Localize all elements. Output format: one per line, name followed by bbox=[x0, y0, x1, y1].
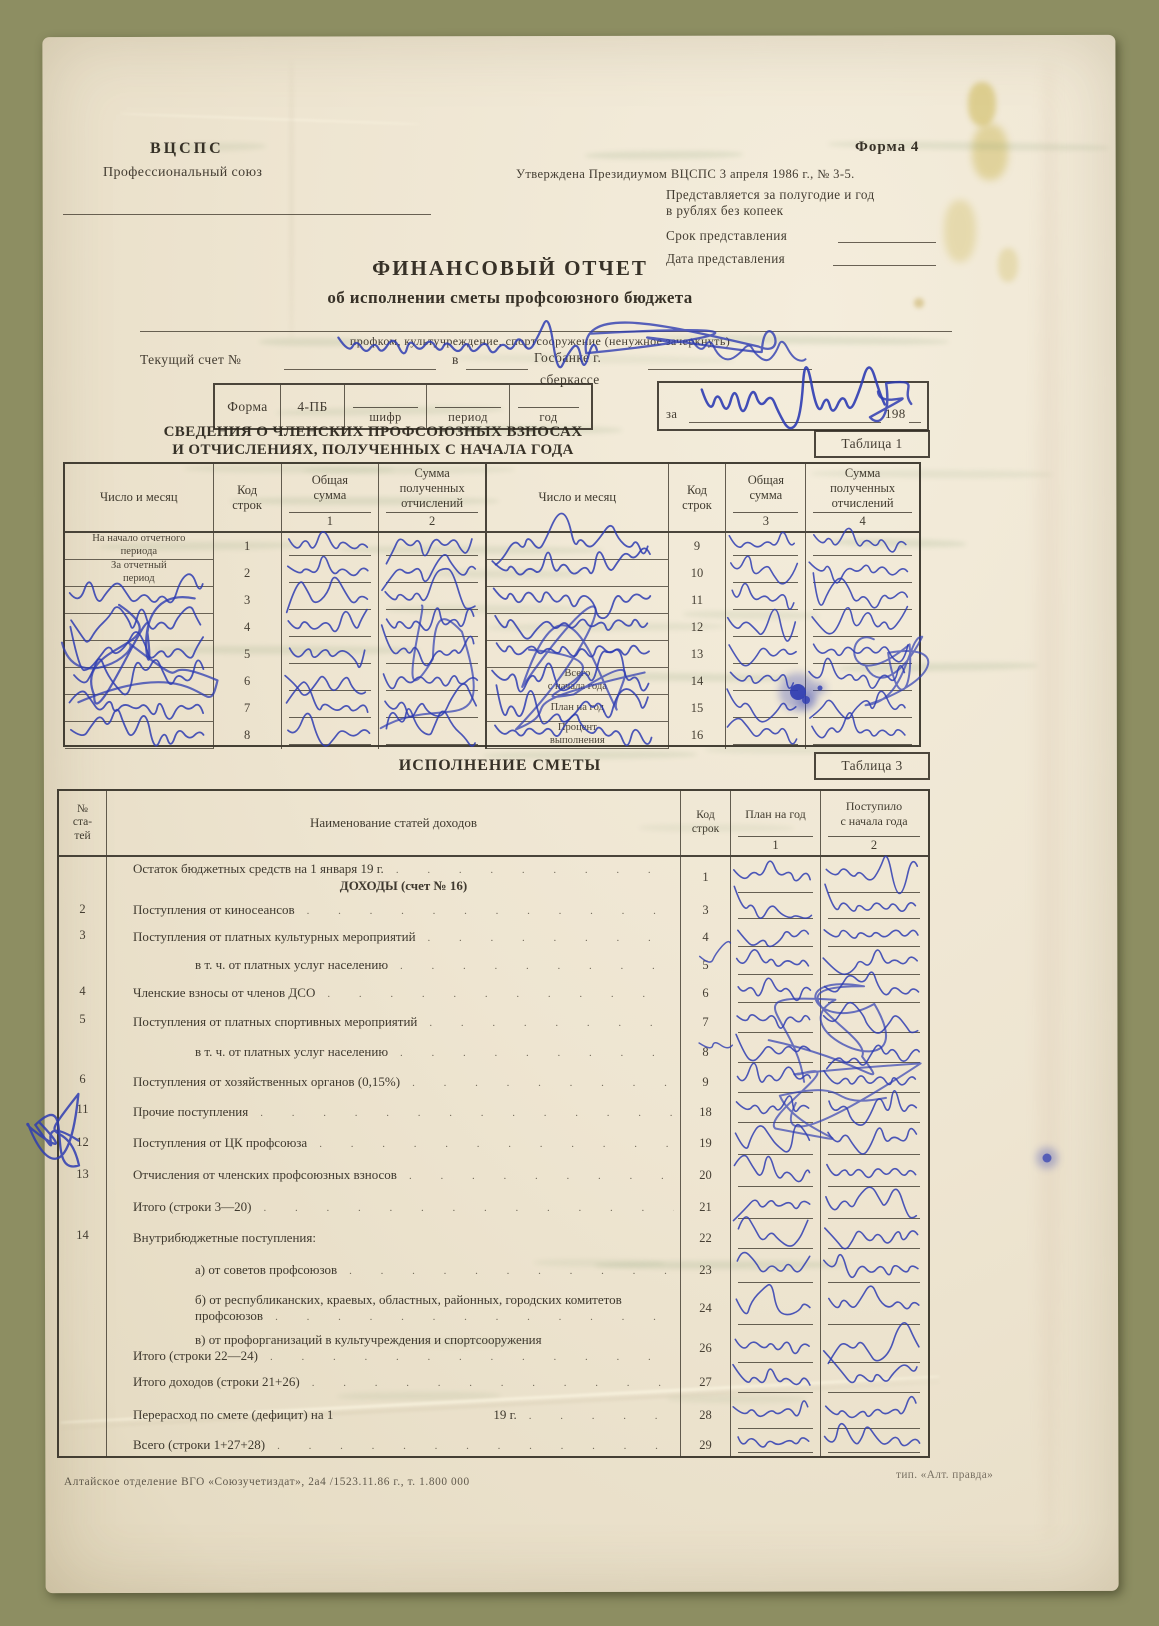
table3-article-name: Перерасход по смете (дефицит) на 119 г..… bbox=[107, 1397, 681, 1433]
crossout-note: профком, культучреждение, спортсооружени… bbox=[240, 334, 840, 349]
table3-article-line: Всего (строки 1+27+28). . . . . . . . . … bbox=[133, 1437, 674, 1454]
table1-row-code: 6 bbox=[214, 668, 282, 695]
document-subtitle: об исполнении сметы профсоюзного бюджета bbox=[260, 288, 760, 308]
table3-plan-cell bbox=[731, 1159, 821, 1191]
table1-period-label bbox=[487, 533, 669, 560]
table1-total-cell bbox=[726, 587, 806, 614]
table3-row-code: 23 bbox=[681, 1253, 731, 1287]
table1-row-code: 11 bbox=[669, 587, 727, 614]
table3-article-line: Поступления от хозяйственных органов (0,… bbox=[133, 1074, 674, 1091]
table3-article-line: Итого (строки 22—24). . . . . . . . . . … bbox=[133, 1348, 674, 1365]
table3-article-text: Поступления от хозяйственных органов (0,… bbox=[133, 1074, 400, 1090]
table3-header-row: № ста- тейНаименование статей доходовКод… bbox=[59, 791, 928, 857]
table3-article-name: а) от советов профсоюзов. . . . . . . . … bbox=[107, 1253, 681, 1287]
dotted-leader: . . . . . . . . . . . . . . . . . . . . … bbox=[428, 932, 674, 946]
table3-article-line: Отчисления от членских профсоюзных взнос… bbox=[133, 1167, 674, 1184]
table1-col-header: Сумма полученных отчислений4 bbox=[806, 464, 919, 531]
account-label: Текущий счет № bbox=[140, 352, 241, 368]
table3-article-text: Итого (строки 22—24) bbox=[133, 1348, 258, 1364]
form-code-field-god: год bbox=[510, 385, 587, 428]
table3-row-code: 18 bbox=[681, 1097, 731, 1127]
deadline-blank bbox=[838, 242, 936, 243]
table3-plan-cell bbox=[731, 1007, 821, 1037]
table3-article-number bbox=[59, 1329, 107, 1367]
table3-article-text: Перерасход по смете (дефицит) на 1 bbox=[133, 1407, 333, 1423]
table1-received-cell bbox=[379, 587, 487, 614]
table1-total-cell bbox=[282, 722, 380, 749]
document-title: ФИНАНСОВЫЙ ОТЧЕТ bbox=[310, 256, 710, 281]
form-number: Форма 4 bbox=[855, 139, 919, 156]
table1-caption-line2: И ОТЧИСЛЕНИЯХ, ПОЛУЧЕННЫХ С НАЧАЛА ГОДА bbox=[63, 442, 683, 459]
table1-received-cell bbox=[806, 668, 919, 695]
table1-col-header: Сумма полученных отчислений2 bbox=[379, 464, 487, 531]
dotted-leader: . . . . . . . . . . . . . . . . . . . . … bbox=[429, 1017, 674, 1031]
dotted-leader: . . . . . . . . . . . . . . . . . . . . … bbox=[409, 1170, 674, 1184]
table3-article-line: Членские взносы от членов ДСО. . . . . .… bbox=[133, 985, 674, 1002]
table3-article-text: Поступления от киносеансов bbox=[133, 902, 295, 918]
table1-period-label: На начало отчетного периода bbox=[65, 533, 214, 560]
org-subtitle: Профессиональный союз bbox=[103, 165, 262, 181]
table3-article-name: Поступления от ЦК профсоюза. . . . . . .… bbox=[107, 1127, 681, 1159]
table3-row: Перерасход по смете (дефицит) на 119 г..… bbox=[59, 1397, 928, 1433]
table3-row-code: 3 bbox=[681, 897, 731, 923]
table3-article-number bbox=[59, 1253, 107, 1287]
dotted-leader: . . . . . . . . . . . . . . . . . . . . … bbox=[412, 1077, 674, 1091]
table1-received-cell bbox=[379, 641, 487, 668]
table3-article-number: 3 bbox=[59, 923, 107, 951]
table3-article-line: Итого (строки 3—20). . . . . . . . . . .… bbox=[133, 1199, 674, 1216]
table1-total-cell bbox=[282, 560, 380, 587]
table1-period-label: За отчетный период bbox=[65, 560, 214, 587]
table3-article-number bbox=[59, 951, 107, 979]
table1-received-cell bbox=[379, 560, 487, 587]
table3-plan-cell bbox=[731, 951, 821, 979]
table3-row-code: 8 bbox=[681, 1037, 731, 1067]
table3-article-name: в т. ч. от платных услуг населению. . . … bbox=[107, 1037, 681, 1067]
table1-col-number: 3 bbox=[733, 512, 798, 531]
table3-row: 2Поступления от киносеансов. . . . . . .… bbox=[59, 897, 928, 923]
table3-article-number: 11 bbox=[59, 1097, 107, 1127]
table1-col-header-label: Число и месяц bbox=[100, 464, 178, 531]
table3-article-number: 6 bbox=[59, 1067, 107, 1097]
table3-row-code: 29 bbox=[681, 1433, 731, 1457]
table1-col-header: Код строк bbox=[214, 464, 282, 531]
table1-row-code: 7 bbox=[214, 695, 282, 722]
table3-received-cell bbox=[821, 1433, 927, 1457]
dotted-leader: . . . . . . . . . . . . . . . . . . . . … bbox=[260, 1107, 674, 1121]
deadline-label: Срок представления bbox=[666, 228, 787, 244]
table1: Число и месяцКод строкОбщая сумма1Сумма … bbox=[63, 462, 921, 747]
table1-received-cell bbox=[379, 614, 487, 641]
table3-article-name: Поступления от платных спортивных меропр… bbox=[107, 1007, 681, 1037]
table3-received-cell bbox=[821, 1097, 927, 1127]
table1-header-row: Число и месяцКод строкОбщая сумма1Сумма … bbox=[65, 464, 919, 533]
table3-plan-cell bbox=[731, 1067, 821, 1097]
table1-tag: Таблица 1 bbox=[814, 430, 930, 458]
table3-article-text: в) от профорганизаций в культучреждения … bbox=[195, 1332, 542, 1348]
table3-row: Остаток бюджетных средств на 1 января 19… bbox=[59, 857, 928, 897]
table1-period-label bbox=[487, 641, 669, 668]
table1-row-code: 4 bbox=[214, 614, 282, 641]
table1-total-cell bbox=[282, 533, 380, 560]
table1-row-code: 2 bbox=[214, 560, 282, 587]
table1-row-code: 10 bbox=[669, 560, 727, 587]
table3-plan-cell bbox=[731, 1397, 821, 1433]
table3-article-name: Поступления от хозяйственных органов (0,… bbox=[107, 1067, 681, 1097]
period-blank bbox=[689, 422, 881, 423]
table3-article-text: Итого (строки 3—20) bbox=[133, 1199, 251, 1215]
table3-row-code: 19 bbox=[681, 1127, 731, 1159]
table3-article-name: Поступления от киносеансов. . . . . . . … bbox=[107, 897, 681, 923]
table3-article-number bbox=[59, 1037, 107, 1067]
dotted-leader: . . . . . . . . . . . . . . . . . . . . … bbox=[400, 1047, 674, 1061]
table3-row-code: 26 bbox=[681, 1329, 731, 1367]
table3-plan-cell bbox=[731, 1191, 821, 1223]
table3-article-text: в т. ч. от платных услуг населению bbox=[195, 1044, 388, 1060]
table1-row: На начало отчетного периода19 bbox=[65, 533, 919, 560]
table3-row: Итого доходов (строки 21+26). . . . . . … bbox=[59, 1367, 928, 1397]
table3-received-header-label: Поступило с начала года bbox=[840, 791, 907, 836]
table1-period-label: Всего с начала года bbox=[487, 668, 669, 695]
table3-row-code: 22 bbox=[681, 1223, 731, 1253]
table1-row: 513 bbox=[65, 641, 919, 668]
table3-article-number bbox=[59, 1287, 107, 1329]
table3-article-number: 14 bbox=[59, 1223, 107, 1253]
table1-row: 6Всего с начала года14 bbox=[65, 668, 919, 695]
table3-received-cell bbox=[821, 923, 927, 951]
table3-article-text: Поступления от платных спортивных меропр… bbox=[133, 1014, 417, 1030]
table1-col-header-label: Код строк bbox=[682, 464, 712, 531]
table1-received-cell bbox=[806, 587, 919, 614]
dotted-leader: . . . . . . . . . . . . . . . . . . . . … bbox=[327, 988, 674, 1002]
table1-total-cell bbox=[282, 641, 380, 668]
table1-received-cell bbox=[379, 533, 487, 560]
table1-period-label bbox=[65, 722, 214, 749]
table3-article-number: 12 bbox=[59, 1127, 107, 1159]
table3-row: 11Прочие поступления. . . . . . . . . . … bbox=[59, 1097, 928, 1127]
table3-article-number: 4 bbox=[59, 979, 107, 1007]
table3-received-cell bbox=[821, 1223, 927, 1253]
table3-plan-cell bbox=[731, 1433, 821, 1457]
table1-row: 412 bbox=[65, 614, 919, 641]
table3-plan-cell bbox=[731, 1367, 821, 1397]
table3-article-number bbox=[59, 1397, 107, 1433]
table1-col-header-label: Сумма полученных отчислений bbox=[400, 464, 465, 512]
table1-period-label bbox=[65, 668, 214, 695]
table3-article-name: в т. ч. от платных услуг населению. . . … bbox=[107, 951, 681, 979]
table3-received-cell bbox=[821, 951, 927, 979]
table3-article-name: Прочие поступления. . . . . . . . . . . … bbox=[107, 1097, 681, 1127]
table3-num-header: № ста- тей bbox=[59, 791, 107, 855]
table3-article-name: Итого доходов (строки 21+26). . . . . . … bbox=[107, 1367, 681, 1397]
table1-row-code: 5 bbox=[214, 641, 282, 668]
table3-received-header: Поступило с начала года2 bbox=[821, 791, 927, 855]
table3-plan-header: План на год1 bbox=[731, 791, 821, 855]
table3-row: 3Поступления от платных культурных мероп… bbox=[59, 923, 928, 951]
table3-plan-cell bbox=[731, 897, 821, 923]
dotted-leader: . . . . . . . . . . . . . . . . . . . . … bbox=[263, 1202, 674, 1216]
table1-total-cell bbox=[726, 722, 806, 749]
table3-article-line: б) от республиканских, краевых, областны… bbox=[133, 1292, 674, 1308]
table3-article-line: Внутрибюджетные поступления: bbox=[133, 1230, 674, 1246]
table3-article-line: в) от профорганизаций в культучреждения … bbox=[133, 1332, 674, 1348]
dotted-leader: . . . . . . . . . . . . . . . . . . . . … bbox=[307, 905, 674, 919]
table1-col-header-label: Общая сумма bbox=[748, 464, 784, 512]
table1-row-code: 16 bbox=[669, 722, 727, 749]
table3-article-line: Прочие поступления. . . . . . . . . . . … bbox=[133, 1104, 674, 1121]
table3-row: 5Поступления от платных спортивных мероп… bbox=[59, 1007, 928, 1037]
table1-received-cell bbox=[806, 722, 919, 749]
table1-row-code: 13 bbox=[669, 641, 727, 668]
table3-article-text: Членские взносы от членов ДСО bbox=[133, 985, 315, 1001]
table1-period-label: Процент выполнения bbox=[487, 722, 669, 749]
table3-article-text: б) от республиканских, краевых, областны… bbox=[195, 1292, 622, 1308]
table1-row: За отчетный период210 bbox=[65, 560, 919, 587]
table3-row: в) от профорганизаций в культучреждения … bbox=[59, 1329, 928, 1367]
table1-caption-line1: СВЕДЕНИЯ О ЧЛЕНСКИХ ПРОФСОЮЗНЫХ ВЗНОСАХ bbox=[63, 424, 683, 441]
table3-article-line: а) от советов профсоюзов. . . . . . . . … bbox=[133, 1262, 674, 1279]
table1-total-cell bbox=[726, 614, 806, 641]
table3-article-text: Отчисления от членских профсоюзных взнос… bbox=[133, 1167, 397, 1183]
table1-row-code: 9 bbox=[669, 533, 727, 560]
table3-row: в т. ч. от платных услуг населению. . . … bbox=[59, 951, 928, 979]
table1-received-cell bbox=[806, 560, 919, 587]
table3-row: б) от республиканских, краевых, областны… bbox=[59, 1287, 928, 1329]
table3-plan-cell bbox=[731, 1127, 821, 1159]
table3-row-code: 20 bbox=[681, 1159, 731, 1191]
dotted-leader: . . . . . . . . . . . . . . . . . . . . … bbox=[277, 1440, 674, 1454]
form-code-box: Форма 4-ПБ шифр период год bbox=[213, 383, 593, 430]
table3-received-cell bbox=[821, 1329, 927, 1367]
table1-col-number: 2 bbox=[386, 512, 478, 531]
printer-credit: тип. «Алт. правда» bbox=[896, 1469, 993, 1481]
dotted-leader: . . . . . . . . . . . . . . . . . . . . … bbox=[349, 1265, 674, 1279]
table1-col-header: Общая сумма3 bbox=[726, 464, 806, 531]
table3-received-cell bbox=[821, 1287, 927, 1329]
org-name: ВЦСПС bbox=[150, 140, 224, 158]
table3-article-number bbox=[59, 1191, 107, 1223]
table3-article-line: Поступления от платных спортивных меропр… bbox=[133, 1014, 674, 1031]
table1-col-number: 1 bbox=[289, 512, 372, 531]
table3-article-number bbox=[59, 1433, 107, 1457]
za-label: за bbox=[666, 407, 677, 422]
table3-row-code: 6 bbox=[681, 979, 731, 1007]
table3-article-name: Членские взносы от членов ДСО. . . . . .… bbox=[107, 979, 681, 1007]
form-code-value: 4-ПБ bbox=[281, 385, 345, 428]
table3-article-line: профсоюзов. . . . . . . . . . . . . . . … bbox=[133, 1308, 674, 1325]
dotted-leader: . . . . . . . . . . . . . . . . . . . . … bbox=[270, 1351, 674, 1365]
table3-row-code: 4 bbox=[681, 923, 731, 951]
table1-col-header: Число и месяц bbox=[487, 464, 669, 531]
table1-row: 311 bbox=[65, 587, 919, 614]
account-in-label: в bbox=[452, 352, 459, 368]
table3-article-number: 2 bbox=[59, 897, 107, 923]
table1-row: 8Процент выполнения16 bbox=[65, 722, 919, 749]
table1-period-label bbox=[65, 641, 214, 668]
table3-article-text: Итого доходов (строки 21+26) bbox=[133, 1374, 300, 1390]
table1-row: 7План на год15 bbox=[65, 695, 919, 722]
table3-row: 14Внутрибюджетные поступления:22 bbox=[59, 1223, 928, 1253]
table3-plan-cell bbox=[731, 1329, 821, 1367]
table1-period-label bbox=[65, 587, 214, 614]
table1-col-header: Число и месяц bbox=[65, 464, 214, 531]
table3-plan-cell bbox=[731, 1253, 821, 1287]
table3-article-number bbox=[59, 857, 107, 897]
table3-plan-cell bbox=[731, 1287, 821, 1329]
table1-total-cell bbox=[282, 587, 380, 614]
table3-received-cell bbox=[821, 1037, 927, 1067]
table3-article-text: Прочие поступления bbox=[133, 1104, 248, 1120]
table1-total-cell bbox=[726, 560, 806, 587]
table3-row: 13Отчисления от членских профсоюзных взн… bbox=[59, 1159, 928, 1191]
table1-col-header-label: Сумма полученных отчислений bbox=[830, 464, 895, 512]
table1-period-label: План на год bbox=[487, 695, 669, 722]
table3-article-text: профсоюзов bbox=[195, 1308, 263, 1324]
table1-period-label bbox=[65, 695, 214, 722]
table1-received-cell bbox=[806, 695, 919, 722]
bank-blank bbox=[648, 369, 812, 370]
report-period-box: за 198 bbox=[657, 381, 929, 431]
table3-received-cell bbox=[821, 979, 927, 1007]
table3-article-name: Итого (строки 3—20). . . . . . . . . . .… bbox=[107, 1191, 681, 1223]
table3-name-header: Наименование статей доходов bbox=[107, 791, 681, 855]
table3-col-number: 2 bbox=[828, 836, 920, 855]
table3-row: 4Членские взносы от членов ДСО. . . . . … bbox=[59, 979, 928, 1007]
table3-row-code: 7 bbox=[681, 1007, 731, 1037]
table1-period-label bbox=[487, 587, 669, 614]
table3-row-code: 24 bbox=[681, 1287, 731, 1329]
table1-received-cell bbox=[379, 668, 487, 695]
table3-row: 6Поступления от хозяйственных органов (0… bbox=[59, 1067, 928, 1097]
table3-article-line: ДОХОДЫ (счет № 16) bbox=[133, 878, 674, 894]
table3-article-number: 13 bbox=[59, 1159, 107, 1191]
table3-received-cell bbox=[821, 1191, 927, 1223]
table3-row-code: 27 bbox=[681, 1367, 731, 1397]
table1-total-cell bbox=[282, 614, 380, 641]
table1-total-cell bbox=[282, 695, 380, 722]
table3-article-line: Поступления от ЦК профсоюза. . . . . . .… bbox=[133, 1135, 674, 1152]
table1-row-code: 14 bbox=[669, 668, 727, 695]
table1-total-cell bbox=[726, 533, 806, 560]
table3-plan-cell bbox=[731, 1037, 821, 1067]
table1-col-header: Общая сумма1 bbox=[282, 464, 380, 531]
table3-received-cell bbox=[821, 1067, 927, 1097]
dotted-leader: . . . . . . . . . . . . . . . . . . . . … bbox=[275, 1311, 674, 1325]
table1-row-code: 3 bbox=[214, 587, 282, 614]
form-code-field-shifr: шифр bbox=[345, 385, 427, 428]
table3-plan-header-label: План на год bbox=[745, 791, 806, 836]
table3-code-header: Код строк bbox=[681, 791, 731, 855]
table1-period-label bbox=[487, 560, 669, 587]
table3-article-line: Итого доходов (строки 21+26). . . . . . … bbox=[133, 1374, 674, 1391]
table3-row-code: 28 bbox=[681, 1397, 731, 1433]
table3-article-text: Поступления от платных культурных меропр… bbox=[133, 929, 416, 945]
table3-row: в т. ч. от платных услуг населению. . . … bbox=[59, 1037, 928, 1067]
dotted-leader: . . . . . . . . . . . . . . . . . . . . … bbox=[400, 960, 674, 974]
table3-article-number bbox=[59, 1367, 107, 1397]
table3-article-line: Перерасход по смете (дефицит) на 119 г..… bbox=[133, 1407, 674, 1424]
table1-row-code: 12 bbox=[669, 614, 727, 641]
period-note: Представляется за полугодие и год bbox=[666, 187, 875, 203]
table3-article-text: в т. ч. от платных услуг населению bbox=[195, 957, 388, 973]
table3-plan-cell bbox=[731, 1097, 821, 1127]
table3-article-name: Всего (строки 1+27+28). . . . . . . . . … bbox=[107, 1433, 681, 1457]
dotted-leader: . . . . . . . . . . . . . . . . . . . . … bbox=[312, 1377, 674, 1391]
table3-row: а) от советов профсоюзов. . . . . . . . … bbox=[59, 1253, 928, 1287]
form-code-field-period: период bbox=[427, 385, 510, 428]
dotted-leader: . . . . . . . . . . . . . . . . . . . . … bbox=[319, 1138, 674, 1152]
table3-plan-cell bbox=[731, 979, 821, 1007]
table1-received-cell bbox=[379, 722, 487, 749]
units-note: в рублях без копеек bbox=[666, 203, 783, 219]
table3-article-name: Внутрибюджетные поступления: bbox=[107, 1223, 681, 1253]
table1-col-header-label: Число и месяц bbox=[539, 464, 617, 531]
table1-received-cell bbox=[806, 533, 919, 560]
table3-article-name: Поступления от платных культурных меропр… bbox=[107, 923, 681, 951]
account-city-blank bbox=[466, 369, 528, 370]
dotted-leader: . . . . . . . . . . . . . . . . . . . . … bbox=[396, 864, 674, 878]
table3-tag: Таблица 3 bbox=[814, 752, 930, 780]
table3-article-text: а) от советов профсоюзов bbox=[195, 1262, 337, 1278]
date-blank bbox=[833, 265, 936, 266]
table1-period-label bbox=[487, 614, 669, 641]
table3-received-cell bbox=[821, 1007, 927, 1037]
table1-row-code: 8 bbox=[214, 722, 282, 749]
table3-row-code: 5 bbox=[681, 951, 731, 979]
table1-received-cell bbox=[806, 641, 919, 668]
table3-row: 12Поступления от ЦК профсоюза. . . . . .… bbox=[59, 1127, 928, 1159]
table3-article-line: Поступления от киносеансов. . . . . . . … bbox=[133, 902, 674, 919]
table3-article-line: Поступления от платных культурных меропр… bbox=[133, 929, 674, 946]
year-blank bbox=[909, 422, 921, 423]
table1-total-cell bbox=[282, 668, 380, 695]
table1-col-header-label: Код строк bbox=[232, 464, 262, 531]
table3-row-code: 1 bbox=[681, 857, 731, 897]
table1-received-cell bbox=[379, 695, 487, 722]
table3-col-number: 1 bbox=[738, 836, 813, 855]
table1-col-header-label: Общая сумма bbox=[312, 464, 348, 512]
table3-received-cell bbox=[821, 1159, 927, 1191]
table3-row: Итого (строки 3—20). . . . . . . . . . .… bbox=[59, 1191, 928, 1223]
table1-row-code: 1 bbox=[214, 533, 282, 560]
table3-received-cell bbox=[821, 1127, 927, 1159]
table3: № ста- тейНаименование статей доходовКод… bbox=[57, 789, 930, 1458]
table3-article-number: 5 bbox=[59, 1007, 107, 1037]
approved-note: Утверждена Президиумом ВЦСПС 3 апреля 19… bbox=[516, 167, 936, 182]
table3-received-cell bbox=[821, 1367, 927, 1397]
table3-article-name: в) от профорганизаций в культучреждения … bbox=[107, 1329, 681, 1367]
table3-article-name: Отчисления от членских профсоюзных взнос… bbox=[107, 1159, 681, 1191]
table1-col-header: Код строк bbox=[669, 464, 727, 531]
table3-article-line: в т. ч. от платных услуг населению. . . … bbox=[133, 957, 674, 974]
table3-article-line: Остаток бюджетных средств на 1 января 19… bbox=[133, 861, 674, 878]
table3-article-line: в т. ч. от платных услуг населению. . . … bbox=[133, 1044, 674, 1061]
table3-row-code: 21 bbox=[681, 1191, 731, 1223]
year-prefix: 198 bbox=[885, 406, 906, 422]
table3-row-code: 9 bbox=[681, 1067, 731, 1097]
table3-article-text: Внутрибюджетные поступления: bbox=[133, 1230, 316, 1246]
table3-plan-cell bbox=[731, 857, 821, 897]
imprint: Алтайское отделение ВГО «Союзучетиздат»,… bbox=[64, 1476, 470, 1488]
table3-plan-cell bbox=[731, 923, 821, 951]
table3-article-text: Поступления от ЦК профсоюза bbox=[133, 1135, 307, 1151]
table3-received-cell bbox=[821, 1253, 927, 1287]
table1-row-code: 15 bbox=[669, 695, 727, 722]
org-blank-line bbox=[63, 214, 431, 215]
account-number-blank bbox=[284, 369, 436, 370]
table3-row: Всего (строки 1+27+28). . . . . . . . . … bbox=[59, 1433, 928, 1457]
table1-period-label bbox=[65, 614, 214, 641]
